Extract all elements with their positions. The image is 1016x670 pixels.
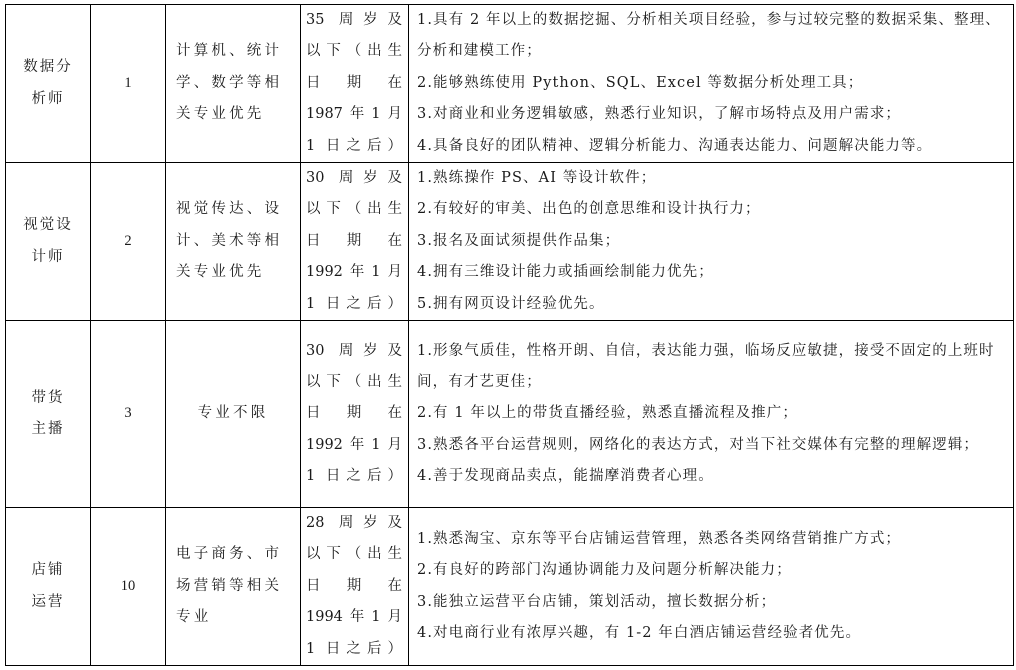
major-cell: 计算机、统计 学、数学等相 关专业优先	[166, 5, 301, 163]
age-line: 35 周岁及	[306, 5, 402, 36]
position-line: 带货	[6, 383, 90, 414]
major-cell: 专业不限	[166, 321, 301, 508]
requirement-item: 2.有较好的审美、出色的创意思维和设计执行力；	[417, 194, 1007, 225]
age-cell: 30 周岁及 以下（出生 日 期 在 1992年1月 1 日之后）	[301, 163, 409, 321]
age-line: 日 期 在	[306, 398, 402, 429]
age-line: 以下（出生	[306, 367, 402, 398]
position-line: 数据分	[6, 52, 90, 83]
requirement-item: 2.有良好的跨部门沟通协调能力及问题分析解决能力；	[417, 555, 1007, 586]
requirement-item: 4.善于发现商品卖点，能揣摩消费者心理。	[417, 461, 1007, 492]
requirement-item: 4.对电商行业有浓厚兴趣，有 1-2 年白酒店铺运营经验者优先。	[417, 618, 1007, 649]
requirement-item: 1.形象气质佳，性格开朗、自信，表达能力强，临场反应敏捷，接受不固定的上班时间，…	[417, 336, 1007, 399]
age-line: 日 期 在	[306, 571, 402, 602]
age-line: 日 期 在	[306, 226, 402, 257]
position-line: 主播	[6, 414, 90, 445]
major-line: 专业不限	[166, 398, 300, 429]
age-line: 1 日之后）	[306, 131, 402, 162]
major-cell: 电子商务、市 场营销等相关 专业	[166, 508, 301, 666]
age-line: 以下（出生	[306, 194, 402, 225]
major-line: 视觉传达、设	[176, 194, 294, 225]
headcount-cell: 10	[91, 508, 166, 666]
age-line: 以下（出生	[306, 36, 402, 67]
age-line: 1 日之后）	[306, 461, 402, 492]
headcount-cell: 3	[91, 321, 166, 508]
age-cell: 28 周岁及 以下（出生 日 期 在 1994年1月 1 日之后）	[301, 508, 409, 666]
job-requirements-table: 数据分 析师 1 计算机、统计 学、数学等相 关专业优先 35 周岁及 以下（出…	[5, 4, 1014, 666]
position-cell: 视觉设 计师	[6, 163, 91, 321]
age-line: 以下（出生	[306, 539, 402, 570]
position-line: 视觉设	[6, 210, 90, 241]
age-line: 28 周岁及	[306, 508, 402, 539]
position-line: 运营	[6, 587, 90, 618]
age-cell: 30 周岁及 以下（出生 日 期 在 1992年1月 1 日之后）	[301, 321, 409, 508]
major-line: 关专业优先	[176, 99, 294, 130]
major-line: 计算机、统计	[176, 36, 294, 67]
major-cell: 视觉传达、设 计、美术等相 关专业优先	[166, 163, 301, 321]
position-cell: 店铺 运营	[6, 508, 91, 666]
major-line: 场营销等相关	[176, 571, 294, 602]
position-line: 店铺	[6, 555, 90, 586]
requirement-item: 2.有 1 年以上的带货直播经验，熟悉直播流程及推广；	[417, 398, 1007, 429]
position-cell: 带货 主播	[6, 321, 91, 508]
requirement-item: 2.能够熟练使用 Python、SQL、Excel 等数据分析处理工具；	[417, 68, 1007, 99]
requirements-cell: 1.熟练操作 PS、AI 等设计软件； 2.有较好的审美、出色的创意思维和设计执…	[409, 163, 1014, 321]
age-line: 1 日之后）	[306, 289, 402, 320]
major-line: 电子商务、市	[176, 539, 294, 570]
age-line: 1 日之后）	[306, 634, 402, 665]
requirement-item: 3.能独立运营平台店铺，策划活动，擅长数据分析；	[417, 587, 1007, 618]
requirements-cell: 1.具有 2 年以上的数据挖掘、分析相关项目经验，参与过较完整的数据采集、整理、…	[409, 5, 1014, 163]
table-row: 店铺 运营 10 电子商务、市 场营销等相关 专业 28 周岁及 以下（出生 日…	[6, 508, 1014, 666]
age-line: 日 期 在	[306, 68, 402, 99]
major-line: 计、美术等相	[176, 226, 294, 257]
major-line: 学、数学等相	[176, 68, 294, 99]
position-line: 计师	[6, 242, 90, 273]
age-line: 30 周岁及	[306, 163, 402, 194]
age-line: 1992年1月	[306, 430, 402, 461]
requirement-item: 4.具备良好的团队精神、逻辑分析能力、沟通表达能力、问题解决能力等。	[417, 131, 1007, 162]
requirements-cell: 1.形象气质佳，性格开朗、自信，表达能力强，临场反应敏捷，接受不固定的上班时间，…	[409, 321, 1014, 508]
table-row: 数据分 析师 1 计算机、统计 学、数学等相 关专业优先 35 周岁及 以下（出…	[6, 5, 1014, 163]
requirement-item: 1.具有 2 年以上的数据挖掘、分析相关项目经验，参与过较完整的数据采集、整理、…	[417, 5, 1007, 68]
requirement-item: 3.熟悉各平台运营规则，网络化的表达方式，对当下社交媒体有完整的理解逻辑；	[417, 430, 1007, 461]
requirement-item: 1.熟练操作 PS、AI 等设计软件；	[417, 163, 1007, 194]
position-line: 析师	[6, 84, 90, 115]
requirement-item: 4.拥有三维设计能力或插画绘制能力优先；	[417, 257, 1007, 288]
age-line: 1992年1月	[306, 257, 402, 288]
headcount-cell: 1	[91, 5, 166, 163]
requirements-cell: 1.熟悉淘宝、京东等平台店铺运营管理，熟悉各类网络营销推广方式； 2.有良好的跨…	[409, 508, 1014, 666]
requirement-item: 3.对商业和业务逻辑敏感，熟悉行业知识，了解市场特点及用户需求；	[417, 99, 1007, 130]
age-line: 1987年1月	[306, 99, 402, 130]
table-row: 带货 主播 3 专业不限 30 周岁及 以下（出生 日 期 在 1992年1月 …	[6, 321, 1014, 508]
age-line: 1994年1月	[306, 602, 402, 633]
age-cell: 35 周岁及 以下（出生 日 期 在 1987年1月 1 日之后）	[301, 5, 409, 163]
position-cell: 数据分 析师	[6, 5, 91, 163]
major-line: 关专业优先	[176, 257, 294, 288]
table-row: 视觉设 计师 2 视觉传达、设 计、美术等相 关专业优先 30 周岁及 以下（出…	[6, 163, 1014, 321]
headcount-cell: 2	[91, 163, 166, 321]
requirement-item: 3.报名及面试须提供作品集；	[417, 226, 1007, 257]
major-line: 专业	[176, 602, 294, 633]
requirement-item: 1.熟悉淘宝、京东等平台店铺运营管理，熟悉各类网络营销推广方式；	[417, 524, 1007, 555]
requirement-item: 5.拥有网页设计经验优先。	[417, 289, 1007, 320]
age-line: 30 周岁及	[306, 336, 402, 367]
